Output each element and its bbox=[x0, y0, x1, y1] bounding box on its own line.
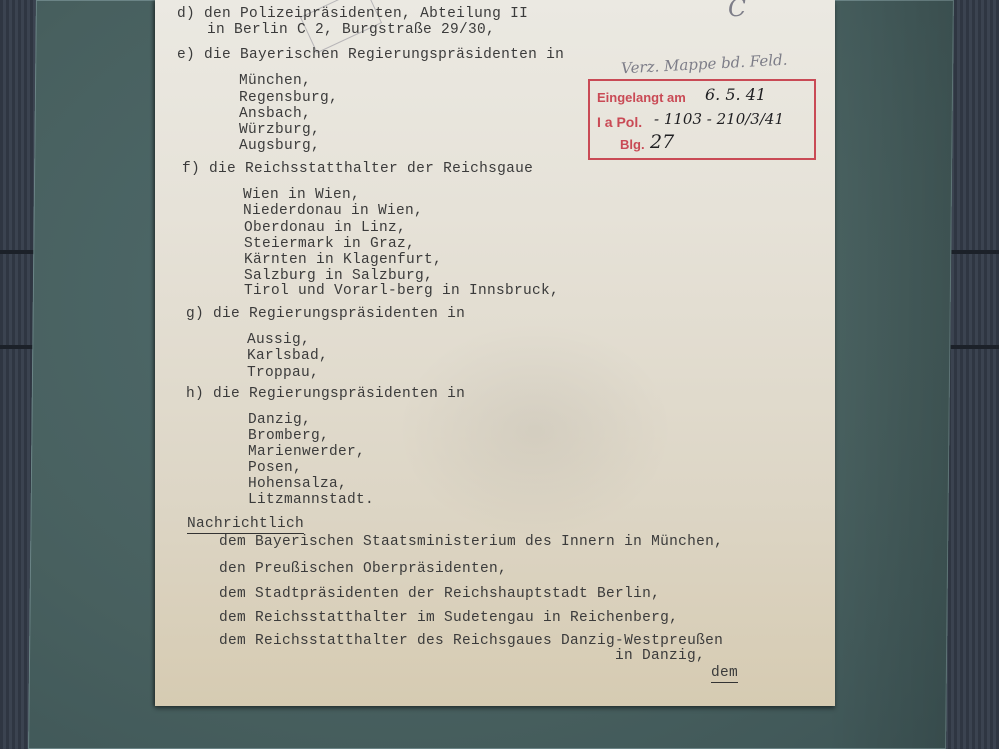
section-d: d) den Polizeipräsidenten, Abteilung II bbox=[177, 6, 528, 22]
nachrichtlich-heading: Nachrichtlich bbox=[187, 516, 322, 532]
list-item: Niederdonau in Wien, bbox=[243, 203, 423, 219]
list-item: Würzburg, bbox=[239, 122, 320, 138]
cc-continuation: in Danzig, bbox=[615, 648, 705, 664]
cc-item: dem Bayerischen Staatsministerium des In… bbox=[219, 534, 723, 550]
cc-item: dem Stadtpräsidenten der Reichshauptstad… bbox=[219, 586, 660, 602]
section-f: f) die Reichsstatthalter der Reichsgaue bbox=[182, 161, 533, 177]
list-item: Troppau, bbox=[247, 365, 319, 381]
list-item: Ansbach, bbox=[239, 106, 311, 122]
list-item: Tirol und Vorarl-berg in Innsbruck, bbox=[244, 283, 559, 299]
list-item: Posen, bbox=[248, 460, 302, 476]
list-item: Steiermark in Graz, bbox=[244, 236, 415, 252]
cc-item: dem Reichsstatthalter im Sudetengau in R… bbox=[219, 610, 678, 626]
cc-item: dem Reichsstatthalter des Reichsgaues Da… bbox=[219, 633, 723, 649]
section-e: e) die Bayerischen Regierungspräsidenten… bbox=[177, 47, 564, 63]
stamp-date: 6. 5. 41 bbox=[705, 85, 766, 104]
pencil-note-top: C bbox=[727, 0, 747, 22]
stamp-label-enclosure: Blg. bbox=[620, 137, 645, 152]
list-item: Danzig, bbox=[248, 412, 311, 428]
stamp-enclosure-count: 27 bbox=[650, 131, 674, 153]
pencil-note: Verz. Mappe bd. Feld. bbox=[621, 51, 788, 78]
section-d-continuation: in Berlin C 2, Burgstraße 29/30, bbox=[207, 22, 495, 38]
cc-item: den Preußischen Oberpräsidenten, bbox=[219, 561, 507, 577]
list-item: Kärnten in Klagenfurt, bbox=[244, 252, 442, 268]
list-item: Marienwerder, bbox=[248, 444, 365, 460]
list-item: Salzburg in Salzburg, bbox=[244, 268, 433, 284]
list-item: Aussig, bbox=[247, 332, 310, 348]
stamp-file-number: - 1103 - 210/3/41 bbox=[654, 110, 784, 128]
list-item: Oberdonau in Linz, bbox=[244, 220, 406, 236]
footer-word: dem bbox=[711, 665, 738, 681]
section-g: g) die Regierungspräsidenten in bbox=[186, 306, 465, 322]
receipt-stamp: Eingelangt am 6. 5. 41 I a Pol. - 1103 -… bbox=[588, 79, 816, 160]
list-item: Karlsbad, bbox=[247, 348, 328, 364]
list-item: Augsburg, bbox=[239, 138, 320, 154]
section-h: h) die Regierungspräsidenten in bbox=[186, 386, 465, 402]
stamp-label-department: I a Pol. bbox=[597, 114, 642, 130]
stamp-label-received: Eingelangt am bbox=[597, 90, 686, 105]
list-item: Litzmannstadt. bbox=[248, 492, 374, 508]
list-item: München, bbox=[239, 73, 311, 89]
list-item: Wien in Wien, bbox=[243, 187, 360, 203]
list-item: Hohensalza, bbox=[248, 476, 347, 492]
list-item: Bromberg, bbox=[248, 428, 329, 444]
list-item: Regensburg, bbox=[239, 90, 338, 106]
